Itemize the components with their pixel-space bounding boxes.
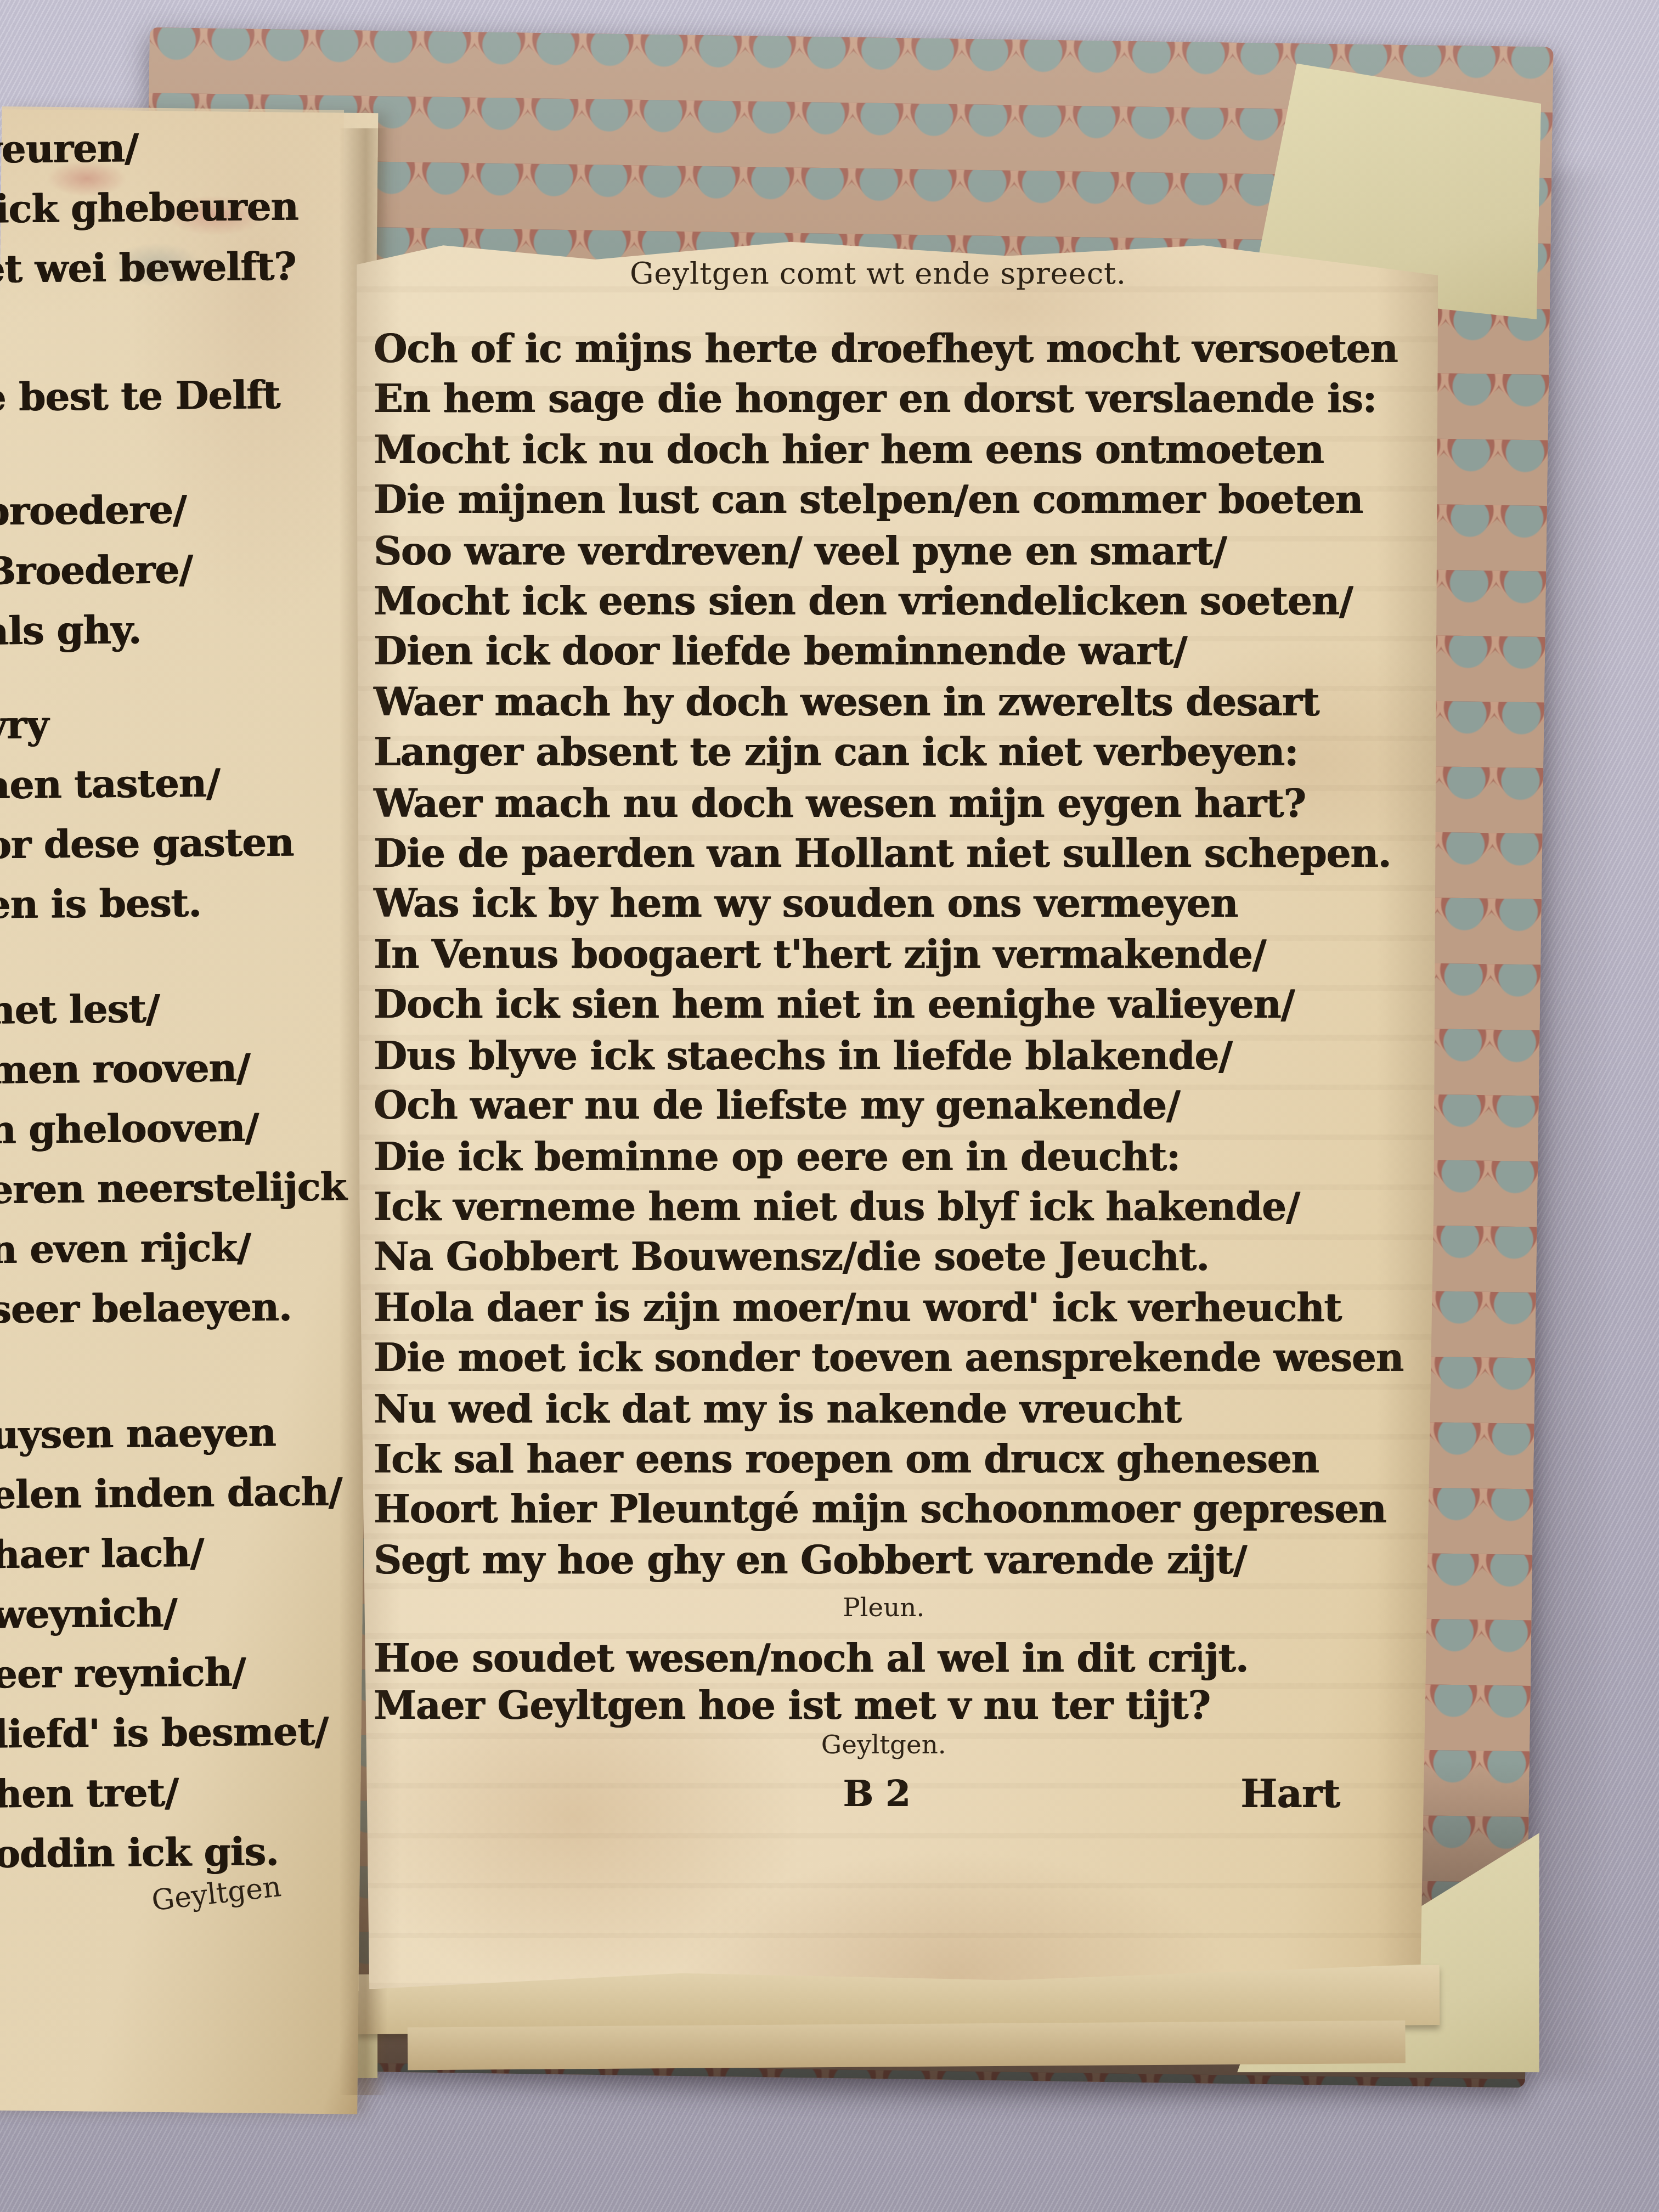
left-page-line: lick ghebeuren (0, 184, 362, 235)
left-page-line: et wei bewelft? (0, 244, 363, 295)
page-footer: B 2 Hart (374, 1773, 1394, 1830)
poem-line: Segt my hoe ghy en Gobbert varende zijt/ (374, 1536, 1394, 1587)
poem-line: Hoort hier Pleuntgé mijn schoonmoer gepr… (374, 1486, 1394, 1536)
left-page-line: veuren/ (0, 124, 362, 176)
poem-line: Nu wed ick dat my is nakende vreucht (374, 1385, 1394, 1435)
left-page-line: uysen naeyen (0, 1409, 373, 1461)
left-page-line: liefd' is besmet/ (0, 1708, 375, 1760)
left-page-line: men rooven/ (0, 1045, 370, 1096)
left-page-line: or dese gasten (0, 819, 368, 871)
poem-line: In Venus boogaert t'hert zijn vermakende… (374, 930, 1394, 981)
left-page-line: broedere/ (0, 486, 365, 537)
poem-line: Die ick beminne op eere en in deucht: (374, 1132, 1394, 1183)
left-page-line: n ghelooven/ (0, 1104, 370, 1156)
poem-line: Na Gobbert Bouwensz/die soete Jeucht. (374, 1233, 1394, 1284)
page-edges-stack (408, 2021, 1406, 2070)
poem-line: Die de paerden van Hollant niet sullen s… (374, 830, 1394, 880)
left-page-line: Broedere/ (0, 546, 365, 597)
poem-line: Hoe soudet wesen/noch al wel in dit crij… (374, 1637, 1394, 1684)
poem-line: Dus blyve ick staechs in liefde blakende… (374, 1031, 1394, 1082)
left-page-line: oddin ick gis. (0, 1829, 376, 1880)
left-page-line: eren neerstelijck (0, 1164, 371, 1216)
left-page-text-fragments: veuren/lick ghebeurenet wei bewelft?e be… (0, 124, 376, 1892)
speaker-heading-pleun: Pleun. (374, 1594, 1394, 1624)
poem-line: Langer absent te zijn can ick niet verbe… (374, 729, 1394, 779)
poem-line: Waer mach hy doch wesen in zwerelts desa… (374, 678, 1394, 729)
running-title: Geyltgen comt wt ende spreect. (370, 257, 1385, 291)
left-page-line: vry (0, 699, 366, 751)
poem-text-block: Och of ic mijns herte droefheyt mocht ve… (374, 325, 1394, 1587)
left-page-line: elen inden dach/ (0, 1469, 373, 1521)
book-photograph: veuren/lick ghebeurenet wei bewelft?e be… (0, 0, 1659, 2212)
poem-line: Dien ick door liefde beminnende wart/ (374, 628, 1394, 678)
left-page-line: haer lach/ (0, 1529, 374, 1581)
left-page-line: als ghy. (0, 606, 366, 657)
poem-line: Och of ic mijns herte droefheyt mocht ve… (374, 325, 1394, 375)
poem-line: Och waer nu de liefste my genakende/ (374, 1082, 1394, 1132)
poem-line: Soo ware verdreven/ veel pyne en smart/ (374, 527, 1394, 577)
right-page: Geyltgen comt wt ende spreect. Och of ic… (357, 236, 1443, 1993)
catchword: Hart (1240, 1773, 1340, 1818)
speaker-heading-geyltgen: Geyltgen. (374, 1730, 1394, 1760)
poem-line: Die moet ick sonder toeven aensprekende … (374, 1334, 1394, 1385)
left-page-line: e best te Delft (0, 372, 364, 424)
poem-line: Was ick by hem wy souden ons vermeyen (374, 880, 1394, 930)
signature-mark: B 2 (843, 1773, 910, 1814)
poem-line: Ick sal haer eens roepen om drucx ghenes… (374, 1435, 1394, 1486)
poem-line: Waer mach nu doch wesen mijn eygen hart? (374, 779, 1394, 830)
pleun-speech-block: Hoe soudet wesen/noch al wel in dit crij… (374, 1637, 1394, 1730)
left-page-line: aen tasten/ (0, 759, 367, 811)
left-page-line: n even rijck/ (0, 1224, 371, 1276)
left-page-line: het lest/ (0, 985, 369, 1036)
left-page-line: hen tret/ (0, 1769, 376, 1820)
poem-line: En hem sage die honger en dorst verslaen… (374, 375, 1394, 426)
left-page-line: weynich/ (0, 1589, 374, 1640)
left-page: veuren/lick ghebeurenet wei bewelft?e be… (0, 109, 378, 2114)
left-page-line: seer belaeyen. (0, 1284, 371, 1335)
poem-line: Hola daer is zijn moer/nu word' ick verh… (374, 1284, 1394, 1334)
left-page-line: en is best. (0, 879, 368, 930)
poem-line: Mocht ick eens sien den vriendelicken so… (374, 577, 1394, 628)
poem-line: Mocht ick nu doch hier hem eens ontmoete… (374, 426, 1394, 476)
poem-line: Doch ick sien hem niet in eenighe valiey… (374, 981, 1394, 1031)
poem-line: Maer Geyltgen hoe ist met v nu ter tijt? (374, 1683, 1394, 1730)
poem-line: Ick verneme hem niet dus blyf ick hakend… (374, 1183, 1394, 1233)
poem-line: Die mijnen lust can stelpen/en commer bo… (374, 476, 1394, 527)
left-page-line: eer reynich/ (0, 1649, 375, 1700)
